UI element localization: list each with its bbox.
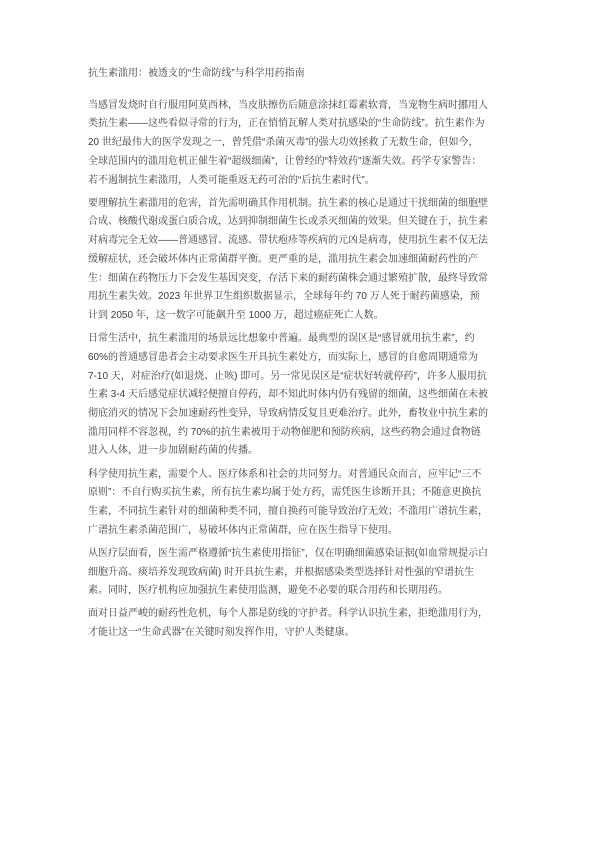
paragraph: 要理解抗生素滥用的危害，首先需明确其作用机制。抗生素的核心是通过干扰细菌的细胞壁… — [88, 195, 488, 326]
paragraph: 科学使用抗生素，需要个人、医疗体系和社会的共同努力。对普通民众而言，应牢记“三不… — [88, 466, 488, 541]
paragraph: 面对日益严峻的耐药性危机，每个人都是防线的守护者。科学认识抗生素，拒绝滥用行为，… — [88, 605, 488, 642]
paragraph: 从医疗层面看，医生需严格遵循“抗生素使用指征”，仅在明确细菌感染证据(如血常规提… — [88, 545, 488, 601]
paragraph: 日常生活中，抗生素滥用的场景远比想象中普遍。最典型的误区是“感冒就用抗生素”，约… — [88, 330, 488, 461]
document-body: 当感冒发烧时自行服用阿莫西林，当皮肤擦伤后随意涂抹红霉素软膏，当宠物生病时挪用人… — [88, 97, 488, 643]
document-page: 抗生素滥用：被透支的“生命防线”与科学用药指南 当感冒发烧时自行服用阿莫西林，当… — [0, 0, 595, 841]
paragraph: 当感冒发烧时自行服用阿莫西林，当皮肤擦伤后随意涂抹红霉素软膏，当宠物生病时挪用人… — [88, 97, 488, 191]
document-title: 抗生素滥用：被透支的“生命防线”与科学用药指南 — [88, 65, 488, 84]
